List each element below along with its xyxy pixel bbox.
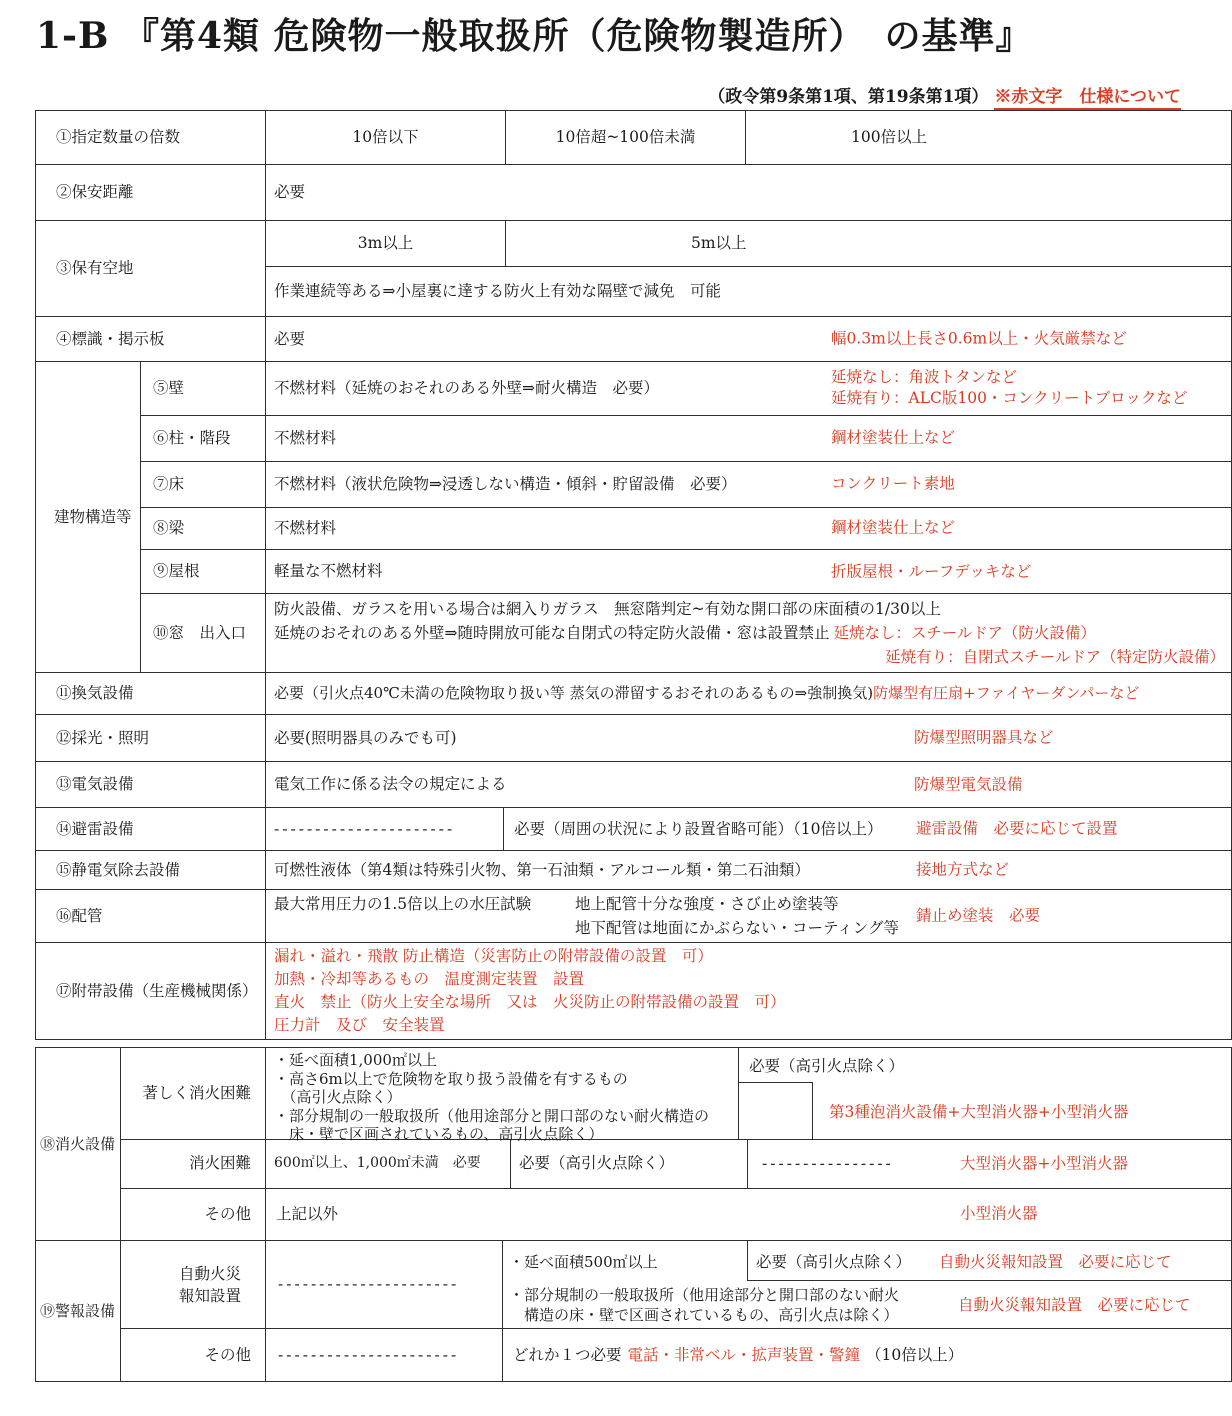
row16-label: ⑯配管 [36, 890, 266, 942]
row10-cell: 防火設備、ガラスを用いる場合は網入りガラス 無窓階判定~有効な開口部の床面積の1… [266, 594, 1231, 672]
row3-cell3: 作業連続等ある⇒小屋裏に達する防火上有効な隔壁で減免 可能 [266, 267, 1231, 316]
t2row1-label: 著しく消火困難 [121, 1048, 266, 1139]
t2row1-spacer [739, 1082, 813, 1139]
t2row5-text1: どれか１つ必要 [513, 1345, 622, 1366]
page-title: 1-B 『第4類 危険物一般取扱所（危険物製造所） の基準』 [36, 8, 1033, 59]
structure-group-label: 建物構造等 [36, 362, 141, 672]
table-row: ⑰附帯設備（生産機械関係） 漏れ・溢れ・飛散 防止構造（災害防止の附帯設備の設置… [36, 943, 1231, 1039]
row3-subrow2: 作業連続等ある⇒小屋裏に達する防火上有効な隔壁で減免 可能 [266, 267, 1231, 316]
row16-red-note: 錆止め塗装 必要 [916, 906, 1040, 927]
t2row1-bullet4: ・部分規制の一般取扱所（他用途部分と開口部のない耐火構造の [274, 1107, 734, 1126]
table-row: その他 ---------------------- どれか１つ必要 電話・非常… [121, 1329, 1231, 1381]
row12-label: ⑫採光・照明 [36, 715, 266, 761]
t2row5-dashes: ---------------------- [278, 1345, 459, 1366]
t2row3-red-note: 小型消火器 [960, 1204, 1038, 1225]
row14-red-note: 避雷設備 必要に応じて設置 [916, 819, 1118, 840]
row4-cell: 必要 幅0.3m以上長さ0.6m以上・火気厳禁など [266, 317, 1231, 361]
t2row5-text2: （10倍以上） [866, 1345, 963, 1366]
equipment-table: ⑱消火設備 著しく消火困難 ・延べ面積1,000㎡以上 ・高さ6m以上で危険物を… [35, 1047, 1232, 1382]
t2row3-label: その他 [121, 1189, 266, 1240]
row15-red-note: 接地方式など [916, 860, 1009, 881]
row2-label: ②保安距離 [36, 165, 266, 220]
table-row: 自動火災 報知設置 ---------------------- ・延べ面積50… [121, 1241, 1231, 1329]
t2row4-red-note2: 自動火災報知設置 必要に応じて [958, 1295, 1191, 1315]
t2row4-dashes: ---------------------- [278, 1274, 459, 1295]
t2row2-dashes: ---------------- [762, 1153, 894, 1174]
t2row2-cell3: ---------------- 大型消火器+小型消火器 [748, 1140, 1231, 1188]
row12-text: 必要(照明器具のみでも可) [274, 728, 457, 749]
row3-subgrid: 3m以上 5m以上 作業連続等ある⇒小屋裏に達する防火上有効な隔壁で減免 可能 [266, 221, 1231, 316]
row10-line2-red: 延焼なし：スチールドア（防火設備） [834, 624, 1096, 642]
row17-red-line2: 加熱・冷却等あるもの 温度測定装置 設置 [274, 968, 1231, 991]
fire-extinguishing-group: 著しく消火困難 ・延べ面積1,000㎡以上 ・高さ6m以上で危険物を取り扱う設備… [121, 1048, 1231, 1240]
row5-cell: 不燃材料（延焼のおそれのある外壁⇒耐火構造 必要） 延焼なし：角波トタンなど 延… [266, 362, 1231, 415]
row7-text: 不燃材料（液状危険物⇒浸透しない構造・傾斜・貯留設備 必要） [274, 474, 737, 495]
row14-dashes-cell: ---------------------- [266, 808, 504, 850]
row9-cell: 軽量な不燃材料 折版屋根・ルーフデッキなど [266, 550, 1231, 593]
t2row4-dashes-cell: ---------------------- [266, 1241, 503, 1328]
row3-label: ③保有空地 [36, 221, 266, 316]
row12-cell: 必要(照明器具のみでも可) 防爆型照明器具など [266, 715, 1231, 761]
row10-line2: 延焼のおそれのある外壁⇒随時開放可能な自閉式の特定防火設備・窓は設置禁止延焼なし… [274, 621, 1227, 645]
table-row: ④標識・掲示板 必要 幅0.3m以上長さ0.6m以上・火気厳禁など [36, 317, 1231, 362]
row8-cell: 不燃材料 鋼材塗装仕上など [266, 508, 1231, 550]
t2row4-need: 必要（高引火点除く） [756, 1250, 911, 1272]
structure-group-row: 建物構造等 ⑤壁 不燃材料（延焼のおそれのある外壁⇒耐火構造 必要） 延焼なし：… [36, 362, 1231, 673]
row10-line3-red: 延焼有り：自閉式スチールドア（特定防火設備） [274, 645, 1227, 669]
row7-cell: 不燃材料（液状危険物⇒浸透しない構造・傾斜・貯留設備 必要） コンクリート素地 [266, 462, 1231, 507]
row5-text: 不燃材料（延焼のおそれのある外壁⇒耐火構造 必要） [274, 378, 659, 399]
t2row4-label: 自動火災 報知設置 [121, 1241, 266, 1328]
structure-group: ⑤壁 不燃材料（延焼のおそれのある外壁⇒耐火構造 必要） 延焼なし：角波トタンな… [141, 362, 1231, 672]
group18-label: ⑱消火設備 [36, 1048, 121, 1240]
row2-cell: 必要 [266, 165, 1231, 220]
row14-cell: 必要（周囲の状況により設置省略可能）（10倍以上） 避雷設備 必要に応じて設置 [504, 808, 1231, 850]
row6-label: ⑥柱・階段 [141, 416, 266, 461]
row17-red-line4: 圧力計 及び 安全装置 [274, 1014, 1231, 1037]
table-row: ⑪換気設備 必要（引火点40℃未満の危険物取り扱い等 蒸気の滞留するおそれのある… [36, 673, 1231, 715]
header-note: （政令第9条第1項、第19条第1項） ※赤文字 仕様について [0, 82, 1181, 107]
row6-text: 不燃材料 [274, 428, 336, 449]
row15-label: ⑮静電気除去設備 [36, 851, 266, 889]
table-row: ⑧梁 不燃材料 鋼材塗装仕上など [141, 508, 1231, 551]
row13-cell: 電気工作に係る法令の規定による 防爆型電気設備 [266, 762, 1231, 807]
row13-red-note: 防爆型電気設備 [914, 774, 1023, 795]
t2row4-label-line2: 報知設置 [179, 1285, 241, 1307]
row1-cell2: 10倍超~100倍未満 [506, 111, 746, 164]
t2row3-cell: 上記以外 小型消火器 [266, 1189, 1231, 1240]
table-row: ⑦床 不燃材料（液状危険物⇒浸透しない構造・傾斜・貯留設備 必要） コンクリート… [141, 462, 1231, 508]
row17-red-line1: 漏れ・溢れ・飛散 防止構造（災害防止の附帯設備の設置 可） [274, 945, 1231, 968]
header-note-black: （政令第9条第1項、第19条第1項） [708, 87, 988, 107]
t2row4-content: ・延べ面積500㎡以上 必要（高引火点除く） 自動火災報知設置 必要に応じて ・… [503, 1241, 1231, 1328]
t2row4-red-note1: 自動火災報知設置 必要に応じて [939, 1250, 1172, 1272]
row10-line2-black: 延焼のおそれのある外壁⇒随時開放可能な自閉式の特定防火設備・窓は設置禁止 [274, 624, 830, 642]
table-row: ②保安距離 必要 [36, 165, 1231, 221]
table-row: ⑨屋根 軽量な不燃材料 折版屋根・ルーフデッキなど [141, 550, 1231, 594]
row14-dashes: ---------------------- [274, 819, 455, 840]
row16-line2: 地下配管は地面にかぶらない・コーティング等 [274, 916, 1231, 940]
row11-label: ⑪換気設備 [36, 673, 266, 714]
table-row: ⑩窓 出入口 防火設備、ガラスを用いる場合は網入りガラス 無窓階判定~有効な開口… [141, 594, 1231, 672]
alarm-group-row: ⑲警報設備 自動火災 報知設置 ---------------------- ・… [36, 1241, 1231, 1381]
row5-red-note: 延焼なし：角波トタンなど 延焼有り：ALC版100・コンクリートブロックなど [831, 367, 1187, 409]
t2row2-label: 消火困難 [121, 1140, 266, 1188]
t2row2-red-note: 大型消火器+小型消火器 [960, 1153, 1128, 1174]
row17-red-line3: 直火 禁止（防火上安全な場所 又は 火災防止の附帯設備の設置 可） [274, 991, 1231, 1014]
t2row5-cell: どれか１つ必要 電話・非常ベル・拡声装置・警鐘 （10倍以上） [503, 1329, 1231, 1381]
group19-label: ⑲警報設備 [36, 1241, 121, 1381]
table-row: ①指定数量の倍数 10倍以下 10倍超~100倍未満 100倍以上 [36, 111, 1231, 165]
table-row: ⑭避雷設備 ---------------------- 必要（周囲の状況により… [36, 808, 1231, 851]
row11-cell: 必要（引火点40℃未満の危険物取り扱い等 蒸気の滞留するおそれのあるもの⇒強制換… [266, 673, 1231, 714]
t2row5-dashes-cell: ---------------------- [266, 1329, 503, 1381]
t2row4-bottom: ・部分規制の一般取扱所（他用途部分と開口部のない耐火 構造の床・壁で区画されてい… [503, 1281, 1231, 1328]
row1-cell1: 10倍以下 [266, 111, 506, 164]
table-row: ⑥柱・階段 不燃材料 鋼材塗装仕上など [141, 416, 1231, 462]
row7-red-note: コンクリート素地 [831, 474, 955, 495]
t2row4-bullet1: ・延べ面積500㎡以上 [503, 1241, 747, 1281]
t2row1-bullet3: （高引火点除く） [274, 1088, 734, 1107]
row8-red-note: 鋼材塗装仕上など [831, 518, 955, 539]
row14-label: ⑭避雷設備 [36, 808, 266, 850]
row11-text: 必要（引火点40℃未満の危険物取り扱い等 蒸気の滞留するおそれのあるもの⇒強制換… [274, 683, 873, 703]
t2row1-right-region: 必要（高引火点除く） 第3種泡消火設備+大型消火器+小型消火器 [739, 1048, 1231, 1139]
t2row4-need-box: 必要（高引火点除く） 自動火災報知設置 必要に応じて [747, 1241, 1231, 1281]
table-row: ③保有空地 3m以上 5m以上 作業連続等ある⇒小屋裏に達する防火上有効な隔壁で… [36, 221, 1231, 317]
fire-extinguishing-group-row: ⑱消火設備 著しく消火困難 ・延べ面積1,000㎡以上 ・高さ6m以上で危険物を… [36, 1048, 1231, 1241]
table-row: ⑫採光・照明 必要(照明器具のみでも可) 防爆型照明器具など [36, 715, 1231, 762]
t2row1-need: 必要（高引火点除く） [739, 1048, 1231, 1082]
row12-red-note: 防爆型照明器具など [914, 728, 1054, 749]
alarm-group: 自動火災 報知設置 ---------------------- ・延べ面積50… [121, 1241, 1231, 1381]
main-table: ①指定数量の倍数 10倍以下 10倍超~100倍未満 100倍以上 ②保安距離 … [35, 110, 1232, 1040]
t2row1-bullet1: ・延べ面積1,000㎡以上 [274, 1051, 734, 1070]
t2row5-red-note: 電話・非常ベル・拡声装置・警鐘 [628, 1345, 861, 1366]
row16-text2: 地上配管十分な強度・さび止め塗装等 [575, 895, 839, 913]
t2row1-bullet2: ・高さ6m以上で危険物を取り扱う設備を有するもの [274, 1070, 734, 1089]
row15-cell: 可燃性液体（第4類は特殊引火物、第一石油類・アルコール類・第二石油類） 接地方式… [266, 851, 1231, 889]
table-row: ⑮静電気除去設備 可燃性液体（第4類は特殊引火物、第一石油類・アルコール類・第二… [36, 851, 1231, 890]
row4-label: ④標識・掲示板 [36, 317, 266, 361]
table-row: ⑯配管 最大常用圧力の1.5倍以上の水圧試験地上配管十分な強度・さび止め塗装等 … [36, 890, 1231, 943]
row4-red-note: 幅0.3m以上長さ0.6m以上・火気厳禁など [831, 329, 1127, 350]
table-row: 著しく消火困難 ・延べ面積1,000㎡以上 ・高さ6m以上で危険物を取り扱う設備… [121, 1048, 1231, 1140]
t2row5-label: その他 [121, 1329, 266, 1381]
t2row4-label-line1: 自動火災 [179, 1263, 241, 1285]
t2row2-cell2: 必要（高引火点除く） [511, 1140, 748, 1188]
row10-line1: 防火設備、ガラスを用いる場合は網入りガラス 無窓階判定~有効な開口部の床面積の1… [274, 597, 1227, 621]
row9-red-note: 折版屋根・ルーフデッキなど [831, 561, 1031, 582]
page: 1-B 『第4類 危険物一般取扱所（危険物製造所） の基準』 （政令第9条第1項… [0, 0, 1232, 1416]
row9-label: ⑨屋根 [141, 550, 266, 593]
row10-label: ⑩窓 出入口 [141, 594, 266, 672]
t2row3-text: 上記以外 [276, 1204, 338, 1225]
row6-red-note: 鋼材塗装仕上など [831, 428, 955, 449]
row17-label: ⑰附帯設備（生産機械関係） [36, 943, 266, 1039]
t2row4-top: ・延べ面積500㎡以上 必要（高引火点除く） 自動火災報知設置 必要に応じて [503, 1241, 1231, 1281]
row4-text: 必要 [274, 329, 305, 350]
row3-cell1: 3m以上 [266, 221, 506, 266]
header-note-red: ※赤文字 仕様について [994, 87, 1181, 110]
row5-red-line2: 延焼有り：ALC版100・コンクリートブロックなど [831, 388, 1187, 409]
row7-label: ⑦床 [141, 462, 266, 507]
row6-cell: 不燃材料 鋼材塗装仕上など [266, 416, 1231, 461]
row5-red-line1: 延焼なし：角波トタンなど [831, 367, 1187, 388]
row1-label: ①指定数量の倍数 [36, 111, 266, 164]
row13-label: ⑬電気設備 [36, 762, 266, 807]
t2row1-red-note: 第3種泡消火設備+大型消火器+小型消火器 [813, 1082, 1231, 1139]
row16-cell: 最大常用圧力の1.5倍以上の水圧試験地上配管十分な強度・さび止め塗装等 地下配管… [266, 890, 1231, 942]
row16-line1: 最大常用圧力の1.5倍以上の水圧試験地上配管十分な強度・さび止め塗装等 [274, 892, 1231, 916]
row15-text: 可燃性液体（第4類は特殊引火物、第一石油類・アルコール類・第二石油類） [274, 860, 810, 881]
row8-text: 不燃材料 [274, 518, 336, 539]
row17-cell: 漏れ・溢れ・飛散 防止構造（災害防止の附帯設備の設置 可） 加熱・冷却等あるもの… [266, 943, 1231, 1039]
t2row1-conditions: ・延べ面積1,000㎡以上 ・高さ6m以上で危険物を取り扱う設備を有するもの （… [266, 1048, 739, 1139]
row3-cell2: 5m以上 [506, 221, 1231, 266]
row3-subrow1: 3m以上 5m以上 [266, 221, 1231, 267]
row1-cell3: 100倍以上 [746, 111, 1231, 164]
row16-text1: 最大常用圧力の1.5倍以上の水圧試験 [274, 892, 575, 916]
row14-text: 必要（周囲の状況により設置省略可能）（10倍以上） [514, 819, 882, 840]
t2row1-lower: 第3種泡消火設備+大型消火器+小型消火器 [739, 1082, 1231, 1139]
t2row2-cell1: 600㎡以上、1,000㎡未満 必要 [266, 1140, 511, 1188]
table-row: ⑬電気設備 電気工作に係る法令の規定による 防爆型電気設備 [36, 762, 1231, 808]
row9-text: 軽量な不燃材料 [274, 561, 383, 582]
table-row: その他 上記以外 小型消火器 [121, 1189, 1231, 1240]
row13-text: 電気工作に係る法令の規定による [274, 774, 507, 795]
row11-red-note: 防爆型有圧扇+ファイヤーダンパーなど [873, 683, 1139, 703]
row8-label: ⑧梁 [141, 508, 266, 550]
table-row: 消火困難 600㎡以上、1,000㎡未満 必要 必要（高引火点除く） -----… [121, 1140, 1231, 1189]
table-row: ⑤壁 不燃材料（延焼のおそれのある外壁⇒耐火構造 必要） 延焼なし：角波トタンな… [141, 362, 1231, 416]
row5-label: ⑤壁 [141, 362, 266, 415]
